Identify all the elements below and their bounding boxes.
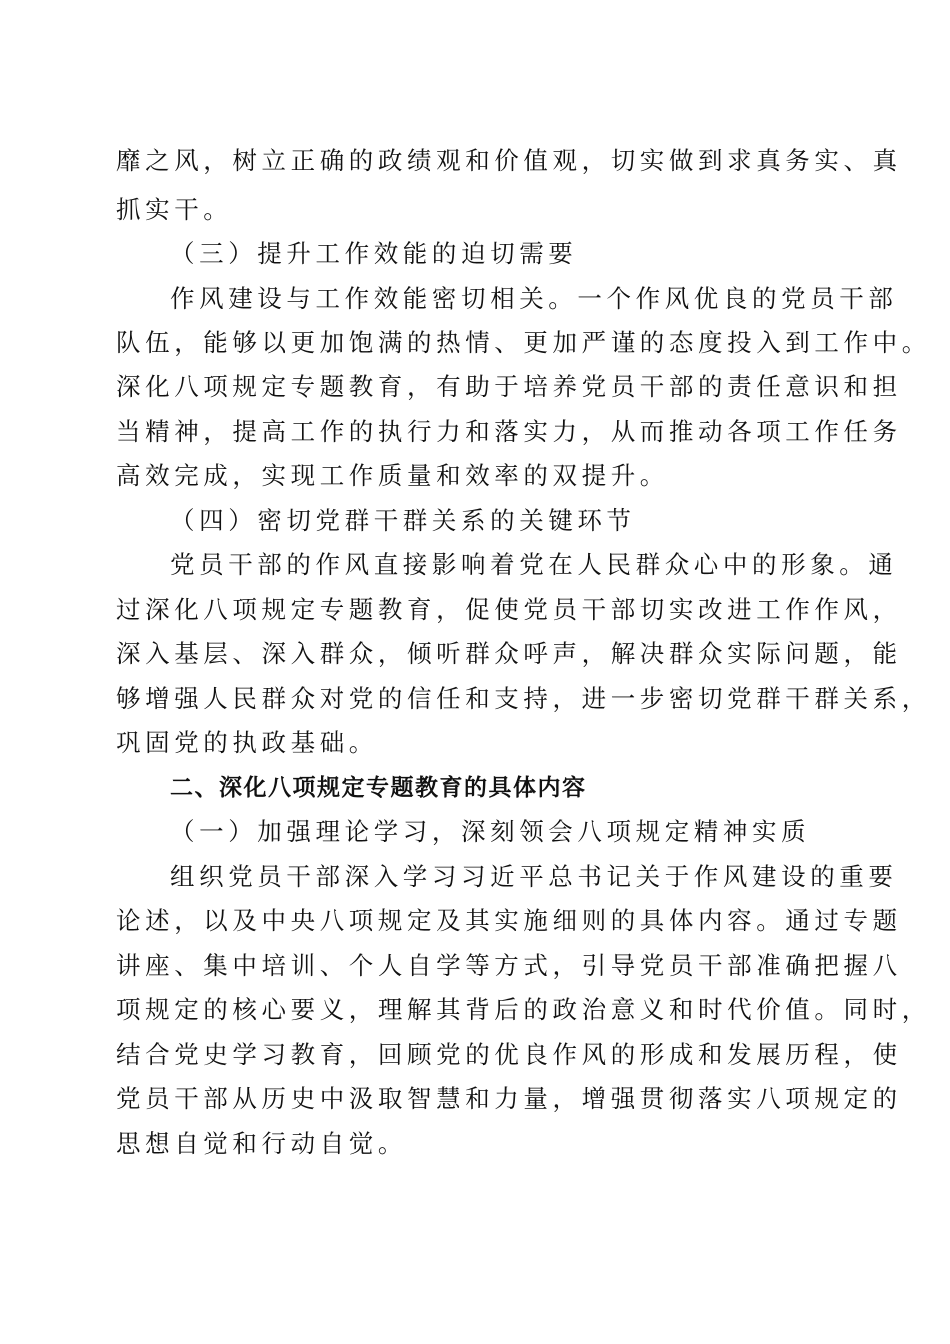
- paragraph-start: 党员干部的作风直接影响着党在人民群众心中的形象。通: [170, 550, 890, 580]
- body-line: 队伍，能够以更加饱满的热情、更加严谨的态度投入到工作中。: [116, 328, 836, 358]
- body-line: 当精神，提高工作的执行力和落实力，从而推动各项工作任务: [116, 417, 836, 447]
- body-line: 够增强人民群众对党的信任和支持，进一步密切党群干群关系，: [116, 684, 836, 714]
- body-line: 靡之风，树立正确的政绩观和价值观，切实做到求真务实、真: [116, 146, 836, 176]
- section-heading-2: 二、深化八项规定专题教育的具体内容: [170, 773, 890, 803]
- body-line: 巩固党的执政基础。: [116, 728, 836, 758]
- subheading-4: （四）密切党群干群关系的关键环节: [170, 506, 890, 536]
- body-line: 深化八项规定专题教育，有助于培养党员干部的责任意识和担: [116, 372, 836, 402]
- body-line: 论述，以及中央八项规定及其实施细则的具体内容。通过专题: [116, 906, 836, 936]
- subheading-3: （三）提升工作效能的迫切需要: [170, 239, 890, 269]
- body-line: 抓实干。: [116, 195, 836, 225]
- body-line: 讲座、集中培训、个人自学等方式，引导党员干部准确把握八: [116, 951, 836, 981]
- body-line: 过深化八项规定专题教育，促使党员干部切实改进工作作风，: [116, 595, 836, 625]
- document-page: 靡之风，树立正确的政绩观和价值观，切实做到求真务实、真 抓实干。 （三）提升工作…: [0, 0, 950, 1344]
- body-line: 党员干部从历史中汲取智慧和力量，增强贯彻落实八项规定的: [116, 1084, 836, 1114]
- body-line: 深入基层、深入群众，倾听群众呼声，解决群众实际问题，能: [116, 639, 836, 669]
- subheading-1: （一）加强理论学习，深刻领会八项规定精神实质: [170, 817, 890, 847]
- body-line: 思想自觉和行动自觉。: [116, 1129, 836, 1159]
- paragraph-start: 组织党员干部深入学习习近平总书记关于作风建设的重要: [170, 862, 890, 892]
- paragraph-start: 作风建设与工作效能密切相关。一个作风优良的党员干部: [170, 284, 890, 314]
- body-line: 结合党史学习教育，回顾党的优良作风的形成和发展历程，使: [116, 1040, 836, 1070]
- body-line: 高效完成，实现工作质量和效率的双提升。: [116, 461, 836, 491]
- body-line: 项规定的核心要义，理解其背后的政治意义和时代价值。同时，: [116, 995, 836, 1025]
